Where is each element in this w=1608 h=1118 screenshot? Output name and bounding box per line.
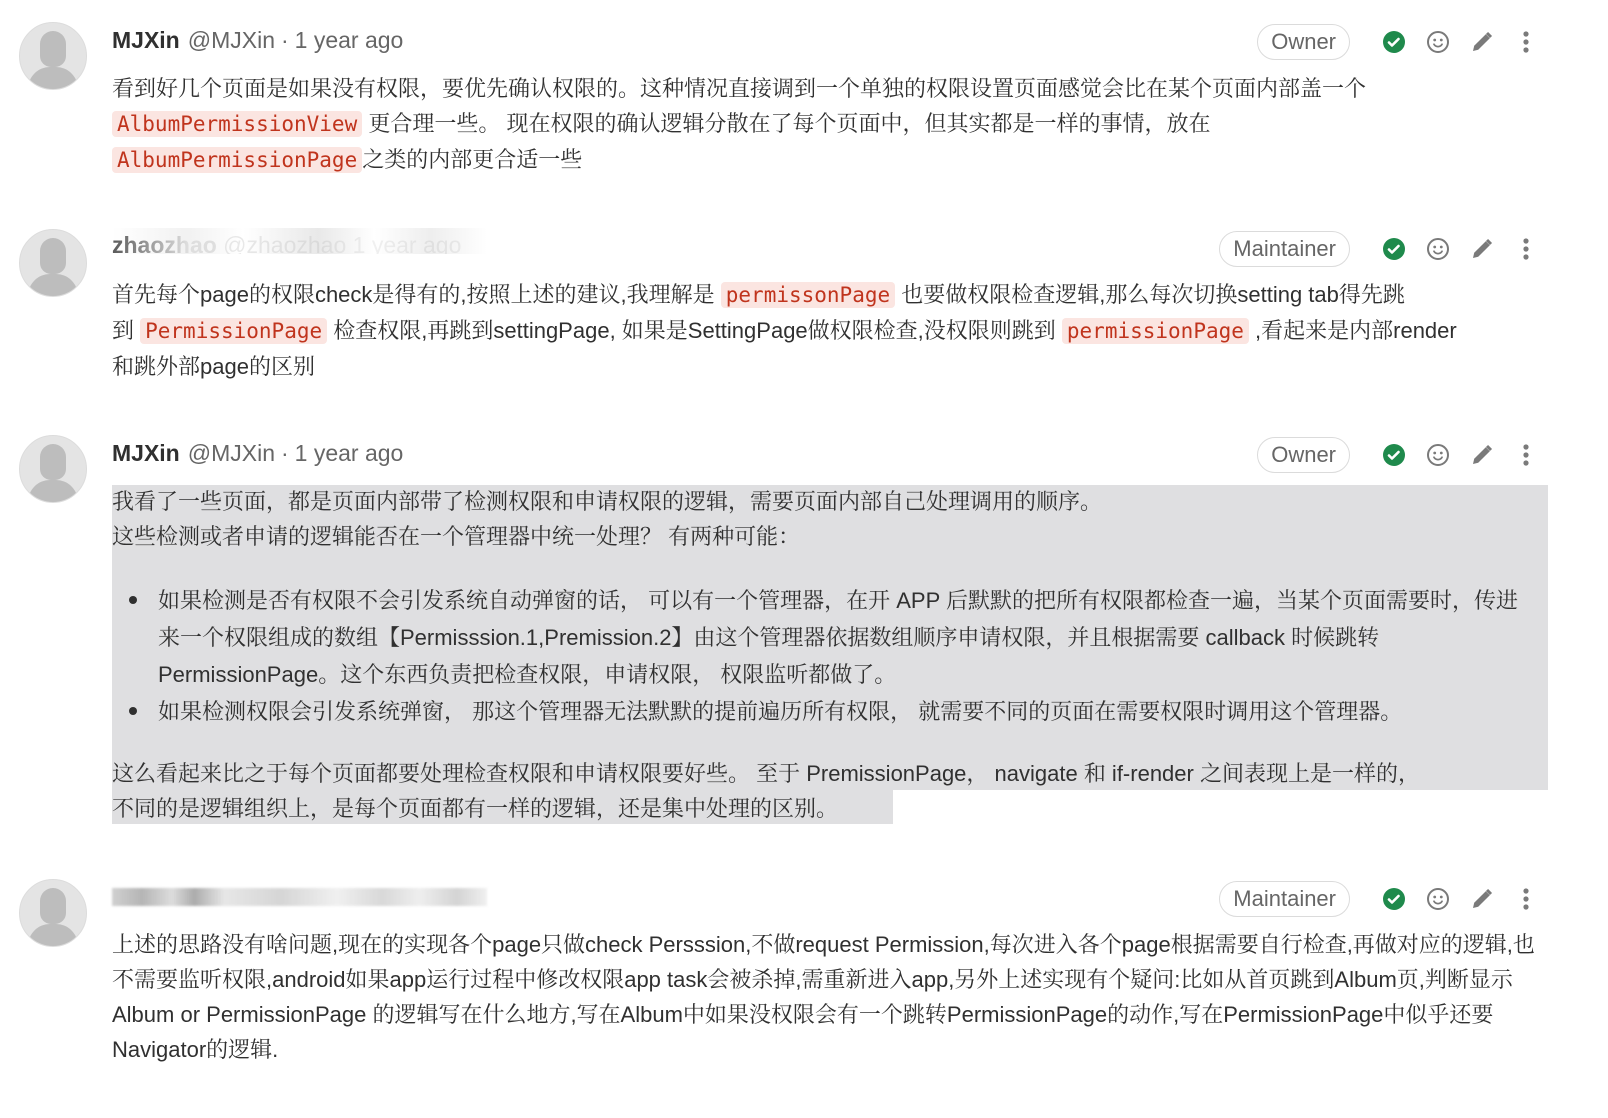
separator: · — [281, 27, 289, 54]
inline-code: PermissionPage — [140, 318, 327, 344]
avatar-body-shape — [28, 924, 78, 947]
note-body: 首先每个page的权限check是得有的,按照上述的建议,我理解是 permis… — [112, 277, 1552, 384]
role-badge: Owner — [1257, 24, 1350, 60]
role-badge: Maintainer — [1219, 881, 1350, 917]
pixelation-mask — [112, 228, 487, 254]
check-circle-icon[interactable] — [1381, 886, 1407, 912]
list-item: 如果检测权限会引发系统弹窗， 那这个管理器无法默默的提前遍历所有权限， 就需要不… — [112, 693, 1532, 730]
body-text: 不同的是逻辑组织上，是每个页面都有一样的逻辑，还是集中处理的区别。 — [112, 796, 838, 821]
paragraph: 我看了一些页面，都是页面内部带了检测权限和申请权限的逻辑，需要页面内部自己处理调… — [112, 484, 1532, 554]
note-body: 看到好几个页面是如果没有权限，要优先确认权限的。这种情况直接调到一个单独的权限设… — [112, 71, 1552, 178]
pencil-icon[interactable] — [1469, 236, 1495, 262]
body-text: 首先每个page的权限check是得有的,按照上述的建议,我理解是 — [112, 282, 721, 307]
avatar-body-shape — [28, 67, 78, 90]
avatar-head-shape — [40, 238, 66, 274]
list-item: 如果检测是否有权限不会引发系统自动弹窗的话， 可以有一个管理器，在开 APP 后… — [112, 582, 1532, 693]
paragraph: 这么看起来比之于每个页面都要处理检查权限和申请权限要好些。 至于 Premiss… — [112, 756, 1532, 826]
avatar-body-shape — [28, 274, 78, 297]
check-circle-icon[interactable] — [1381, 29, 1407, 55]
note-header: MJXin @MJXin · 1 year ago — [112, 25, 403, 55]
separator: · — [281, 440, 289, 467]
avatar-head-shape — [40, 444, 66, 480]
author-header-blurred — [112, 888, 487, 906]
smiley-icon[interactable] — [1425, 442, 1451, 468]
author-username[interactable]: @MJXin — [188, 27, 275, 54]
body-text: 到 — [112, 318, 140, 343]
body-text: 之类的内部更合适一些 — [362, 147, 582, 172]
bullet-list: 如果检测是否有权限不会引发系统自动弹窗的话， 可以有一个管理器，在开 APP 后… — [112, 582, 1532, 730]
smiley-icon[interactable] — [1425, 29, 1451, 55]
note-actions: Maintainer — [1219, 879, 1548, 919]
avatar-head-shape — [40, 888, 66, 924]
body-text: 这么看起来比之于每个页面都要处理检查权限和申请权限要好些。 至于 Premiss… — [112, 761, 1420, 786]
avatar[interactable] — [19, 229, 87, 297]
inline-code: AlbumPermissionPage — [112, 147, 362, 173]
kebab-icon[interactable] — [1513, 236, 1539, 262]
avatar[interactable] — [19, 435, 87, 503]
body-text: 我看了一些页面，都是页面内部带了检测权限和申请权限的逻辑，需要页面内部自己处理调… — [112, 489, 1102, 514]
body-text: 这些检测或者申请的逻辑能否在一个管理器中统一处理？ 有两种可能： — [112, 524, 800, 549]
smiley-icon[interactable] — [1425, 236, 1451, 262]
note-header: MJXin @MJXin · 1 year ago — [112, 438, 403, 468]
inline-code: permissonPage — [721, 282, 895, 308]
body-text: 看到好几个页面是如果没有权限，要优先确认权限的。这种情况直接调到一个单独的权限设… — [112, 76, 1366, 101]
kebab-icon[interactable] — [1513, 442, 1539, 468]
role-badge: Maintainer — [1219, 231, 1350, 267]
body-text: 检查权限,再跳到settingPage, 如果是SettingPage做权限检查… — [327, 318, 1062, 343]
timestamp[interactable]: 1 year ago — [295, 440, 404, 467]
pencil-icon[interactable] — [1469, 29, 1495, 55]
body-text: 也要做权限检查逻辑,那么每次切换setting tab得先跳 — [895, 282, 1405, 307]
check-circle-icon[interactable] — [1381, 236, 1407, 262]
avatar[interactable] — [19, 22, 87, 90]
pencil-icon[interactable] — [1469, 886, 1495, 912]
author-username[interactable]: @MJXin — [188, 440, 275, 467]
body-text: ,看起来是内部render — [1249, 318, 1457, 343]
note-body: 我看了一些页面，都是页面内部带了检测权限和申请权限的逻辑，需要页面内部自己处理调… — [112, 484, 1532, 826]
body-text: 和跳外部page的区别 — [112, 354, 315, 379]
inline-code: AlbumPermissionView — [112, 111, 362, 137]
author-header-blurred: zhaozhao @zhaozhao 1 year ago — [112, 228, 487, 254]
role-badge: Owner — [1257, 437, 1350, 473]
smiley-icon[interactable] — [1425, 886, 1451, 912]
check-circle-icon[interactable] — [1381, 442, 1407, 468]
author-name[interactable]: MJXin — [112, 440, 180, 467]
inline-code: permissionPage — [1062, 318, 1249, 344]
note-actions: Owner — [1257, 22, 1548, 62]
timestamp[interactable]: 1 year ago — [295, 27, 404, 54]
note-actions: Maintainer — [1219, 229, 1548, 269]
body-text: 更合理一些。 现在权限的确认逻辑分散在了每个页面中，但其实都是一样的事情，放在 — [362, 111, 1210, 136]
avatar[interactable] — [19, 879, 87, 947]
kebab-icon[interactable] — [1513, 29, 1539, 55]
avatar-head-shape — [40, 31, 66, 67]
kebab-icon[interactable] — [1513, 886, 1539, 912]
note-body: 上述的思路没有啥问题,现在的实现各个page只做check Persssion,… — [112, 927, 1548, 1067]
avatar-body-shape — [28, 480, 78, 503]
note-actions: Owner — [1257, 435, 1548, 475]
author-name[interactable]: MJXin — [112, 27, 180, 54]
pencil-icon[interactable] — [1469, 442, 1495, 468]
